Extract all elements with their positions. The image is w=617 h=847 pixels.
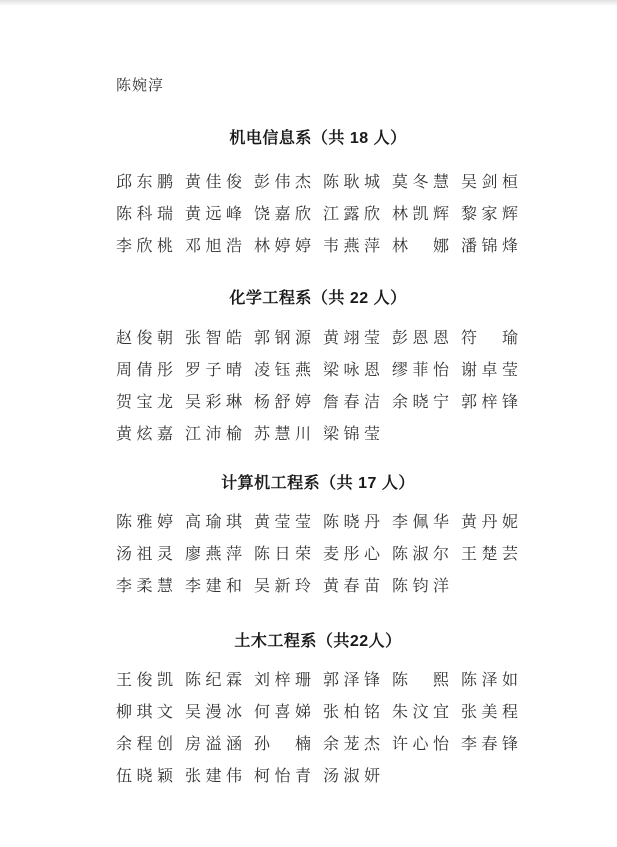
- student-name: 黄远峰: [185, 204, 242, 226]
- student-name: 黎家辉: [461, 204, 518, 226]
- student-name: 吴新玲: [254, 576, 311, 598]
- name-row: 王俊凯陈纪霖刘梓珊郭泽锋陈 熙陈泽如: [116, 665, 520, 697]
- student-name: 王楚芸: [461, 544, 518, 566]
- document-page: 陈婉淳 机电信息系（共 18 人）邱东鹏黄佳俊彭伟杰陈耿城莫冬慧吴剑桓陈科瑞黄远…: [0, 0, 520, 793]
- student-name: 陈雅婷: [116, 512, 173, 534]
- department-name-list: 机电信息系（共 18 人）邱东鹏黄佳俊彭伟杰陈耿城莫冬慧吴剑桓陈科瑞黄远峰饶嘉欣…: [116, 128, 520, 793]
- student-name: 李柔慧: [116, 576, 173, 598]
- student-name: 张建伟: [185, 766, 242, 788]
- name-row: 陈雅婷高瑜琪黄莹莹陈晓丹李佩华黄丹妮: [116, 507, 520, 539]
- student-name: 吴彩琳: [185, 392, 242, 414]
- student-name: 郭泽锋: [323, 670, 380, 692]
- student-name: 吴剑桓: [461, 172, 518, 194]
- student-name: 林 娜: [392, 236, 449, 258]
- department-section: 机电信息系（共 18 人）邱东鹏黄佳俊彭伟杰陈耿城莫冬慧吴剑桓陈科瑞黄远峰饶嘉欣…: [116, 128, 520, 263]
- student-name: 符 瑜: [461, 328, 518, 350]
- student-name: 张柏铭: [323, 702, 380, 724]
- continued-name: 陈婉淳: [116, 76, 520, 96]
- student-name: 何喜娣: [254, 702, 311, 724]
- student-name: 郭梓锋: [461, 392, 518, 414]
- student-name: 吴漫冰: [185, 702, 242, 724]
- student-name: 詹春洁: [323, 392, 380, 414]
- department-section: 化学工程系（共 22 人）赵俊朝张智皓郭钢源黄翊莹彭恩恩符 瑜周倩彤罗子晴凌钰燕…: [116, 288, 520, 451]
- name-row: 汤祖灵廖燕萍陈日荣麦彤心陈淑尔王楚芸: [116, 539, 520, 571]
- student-name: 高瑜琪: [185, 512, 242, 534]
- student-name: 赵俊朝: [116, 328, 173, 350]
- student-name: 罗子晴: [185, 360, 242, 382]
- student-name: 陈 熙: [392, 670, 449, 692]
- student-name: 余程创: [116, 734, 173, 756]
- student-name: 柳琪文: [116, 702, 173, 724]
- student-name: 刘梓珊: [254, 670, 311, 692]
- student-name: 李建和: [185, 576, 242, 598]
- student-name: 林凯辉: [392, 204, 449, 226]
- student-name: 黄佳俊: [185, 172, 242, 194]
- student-name: 凌钰燕: [254, 360, 311, 382]
- student-name: 孙 楠: [254, 734, 311, 756]
- student-name: 陈耿城: [323, 172, 380, 194]
- student-name: 郭钢源: [254, 328, 311, 350]
- student-name: 彭恩恩: [392, 328, 449, 350]
- student-name: 麦彤心: [323, 544, 380, 566]
- name-rows: 赵俊朝张智皓郭钢源黄翊莹彭恩恩符 瑜周倩彤罗子晴凌钰燕梁咏恩缪菲怡谢卓莹贺宝龙吴…: [116, 323, 520, 451]
- student-name: 黄丹妮: [461, 512, 518, 534]
- student-name: 汤祖灵: [116, 544, 173, 566]
- name-row: 李柔慧李建和吴新玲黄春苗陈钧洋: [116, 571, 520, 603]
- department-section: 计算机工程系（共 17 人）陈雅婷高瑜琪黄莹莹陈晓丹李佩华黄丹妮汤祖灵廖燕萍陈日…: [116, 473, 520, 603]
- student-name: 杨舒婷: [254, 392, 311, 414]
- student-name: 黄翊莹: [323, 328, 380, 350]
- name-row: 陈科瑞黄远峰饶嘉欣江露欣林凯辉黎家辉: [116, 199, 520, 231]
- student-name: 陈日荣: [254, 544, 311, 566]
- student-name: 黄炫嘉: [116, 424, 173, 446]
- student-name: 余茏杰: [323, 734, 380, 756]
- student-name: 邓旭浩: [185, 236, 242, 258]
- student-name: 伍晓颖: [116, 766, 173, 788]
- student-name: 李春锋: [461, 734, 518, 756]
- student-name: 黄莹莹: [254, 512, 311, 534]
- name-row: 邱东鹏黄佳俊彭伟杰陈耿城莫冬慧吴剑桓: [116, 167, 520, 199]
- student-name: 潘锦烽: [461, 236, 518, 258]
- student-name: 周倩彤: [116, 360, 173, 382]
- student-name: 谢卓莹: [461, 360, 518, 382]
- student-name: 李佩华: [392, 512, 449, 534]
- name-row: 赵俊朝张智皓郭钢源黄翊莹彭恩恩符 瑜: [116, 323, 520, 355]
- student-name: 李欣桃: [116, 236, 173, 258]
- student-name: 江露欣: [323, 204, 380, 226]
- name-row: 伍晓颖张建伟柯怡青汤淑妍: [116, 761, 520, 793]
- name-rows: 王俊凯陈纪霖刘梓珊郭泽锋陈 熙陈泽如柳琪文吴漫冰何喜娣张柏铭朱汶宜张美程余程创房…: [116, 665, 520, 793]
- student-name: 陈晓丹: [323, 512, 380, 534]
- student-name: 黄春苗: [323, 576, 380, 598]
- student-name: 饶嘉欣: [254, 204, 311, 226]
- student-name: 廖燕萍: [185, 544, 242, 566]
- section-heading: 机电信息系（共 18 人）: [116, 128, 520, 149]
- student-name: 陈淑尔: [392, 544, 449, 566]
- student-name: 贺宝龙: [116, 392, 173, 414]
- department-section: 土木工程系（共22人）王俊凯陈纪霖刘梓珊郭泽锋陈 熙陈泽如柳琪文吴漫冰何喜娣张柏…: [116, 631, 520, 793]
- student-name: 汤淑妍: [323, 766, 380, 788]
- section-heading: 土木工程系（共22人）: [116, 631, 520, 652]
- student-name: 陈科瑞: [116, 204, 173, 226]
- student-name: 陈钧洋: [392, 576, 449, 598]
- name-rows: 邱东鹏黄佳俊彭伟杰陈耿城莫冬慧吴剑桓陈科瑞黄远峰饶嘉欣江露欣林凯辉黎家辉李欣桃邓…: [116, 167, 520, 263]
- student-name: 王俊凯: [116, 670, 173, 692]
- student-name: 林婷婷: [254, 236, 311, 258]
- student-name: 柯怡青: [254, 766, 311, 788]
- student-name: 朱汶宜: [392, 702, 449, 724]
- student-name: 许心怡: [392, 734, 449, 756]
- student-name: 韦燕萍: [323, 236, 380, 258]
- student-name: 梁咏恩: [323, 360, 380, 382]
- student-name: 张美程: [461, 702, 518, 724]
- student-name: 房溢涵: [185, 734, 242, 756]
- student-name: 邱东鹏: [116, 172, 173, 194]
- student-name: 江沛榆: [185, 424, 242, 446]
- name-row: 李欣桃邓旭浩林婷婷韦燕萍林 娜潘锦烽: [116, 231, 520, 263]
- student-name: 余晓宁: [392, 392, 449, 414]
- name-row: 柳琪文吴漫冰何喜娣张柏铭朱汶宜张美程: [116, 697, 520, 729]
- name-row: 余程创房溢涵孙 楠余茏杰许心怡李春锋: [116, 729, 520, 761]
- student-name: 缪菲怡: [392, 360, 449, 382]
- student-name: 苏慧川: [254, 424, 311, 446]
- student-name: 陈泽如: [461, 670, 518, 692]
- student-name: 彭伟杰: [254, 172, 311, 194]
- student-name: 陈纪霖: [185, 670, 242, 692]
- section-heading: 计算机工程系（共 17 人）: [116, 473, 520, 494]
- name-rows: 陈雅婷高瑜琪黄莹莹陈晓丹李佩华黄丹妮汤祖灵廖燕萍陈日荣麦彤心陈淑尔王楚芸李柔慧李…: [116, 507, 520, 603]
- name-row: 周倩彤罗子晴凌钰燕梁咏恩缪菲怡谢卓莹: [116, 355, 520, 387]
- student-name: 张智皓: [185, 328, 242, 350]
- student-name: 梁锦莹: [323, 424, 380, 446]
- student-name: 莫冬慧: [392, 172, 449, 194]
- section-heading: 化学工程系（共 22 人）: [116, 288, 520, 309]
- name-row: 黄炫嘉江沛榆苏慧川梁锦莹: [116, 419, 520, 451]
- name-row: 贺宝龙吴彩琳杨舒婷詹春洁余晓宁郭梓锋: [116, 387, 520, 419]
